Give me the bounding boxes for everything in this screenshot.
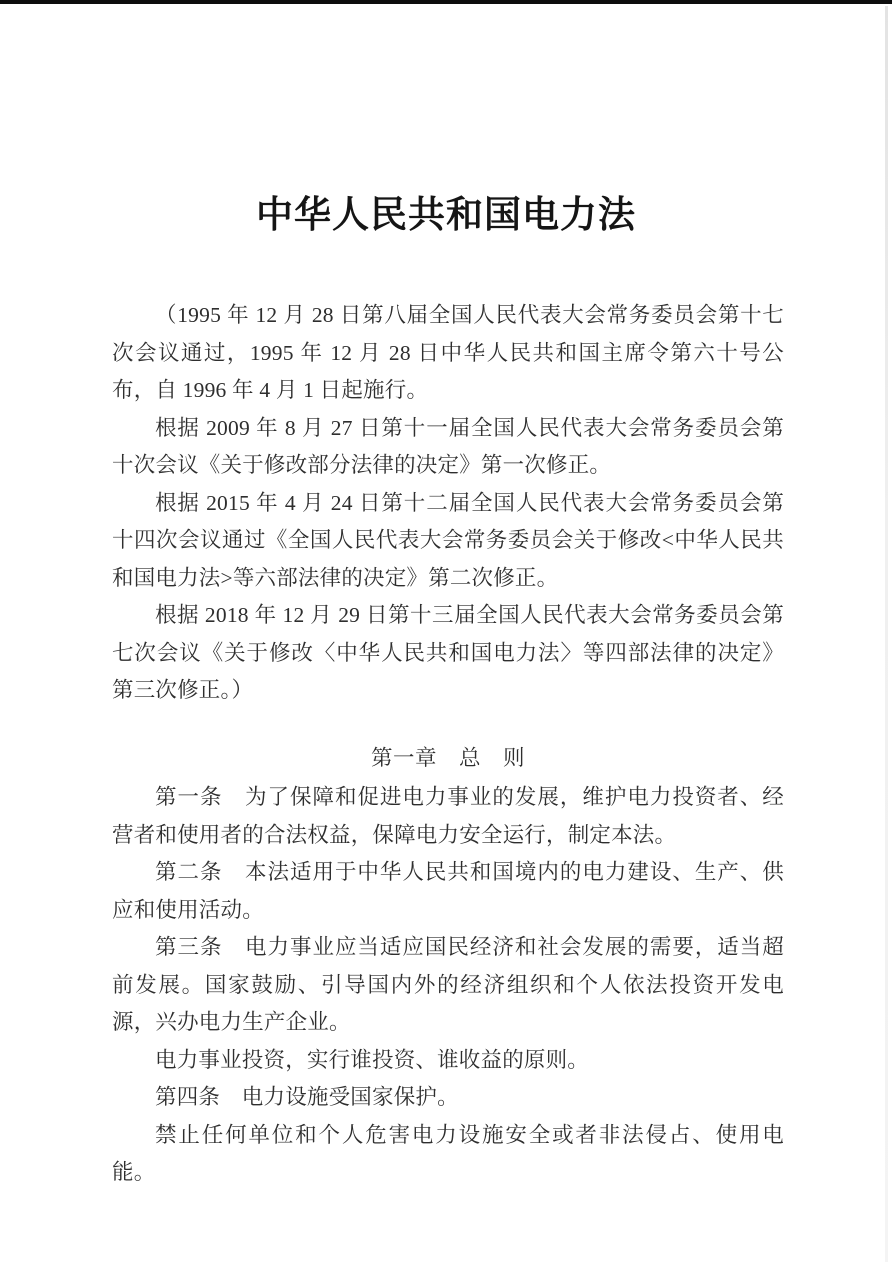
scan-edge-right — [885, 6, 888, 1262]
law-title: 中华人民共和国电力法 — [0, 0, 892, 236]
article-paragraph: 第一条 为了保障和促进电力事业的发展，维护电力投资者、经营者和使用者的合法权益，… — [112, 779, 784, 854]
chapter-heading: 第一章 总 则 — [112, 740, 784, 778]
preamble-paragraph: 根据 2009 年 8 月 27 日第十一届全国人民代表大会常务委员会第十次会议… — [112, 410, 784, 485]
document-body: （1995 年 12 月 28 日第八届全国人民代表大会常务委员会第十七次会议通… — [112, 297, 784, 1192]
article-paragraph: 第三条 电力事业应当适应国民经济和社会发展的需要，适当超前发展。国家鼓励、引导国… — [112, 929, 784, 1042]
article-paragraph: 电力事业投资，实行谁投资、谁收益的原则。 — [112, 1042, 784, 1080]
scan-edge-top — [0, 0, 892, 4]
preamble-paragraph: （1995 年 12 月 28 日第八届全国人民代表大会常务委员会第十七次会议通… — [112, 297, 784, 410]
article-paragraph: 第二条 本法适用于中华人民共和国境内的电力建设、生产、供应和使用活动。 — [112, 854, 784, 929]
preamble-paragraph: 根据 2015 年 4 月 24 日第十二届全国人民代表大会常务委员会第十四次会… — [112, 485, 784, 598]
preamble-paragraph: 根据 2018 年 12 月 29 日第十三届全国人民代表大会常务委员会第七次会… — [112, 597, 784, 710]
article-paragraph: 禁止任何单位和个人危害电力设施安全或者非法侵占、使用电能。 — [112, 1117, 784, 1192]
article-paragraph: 第四条 电力设施受国家保护。 — [112, 1079, 784, 1117]
scanned-law-document: { "doc": { "title": "中华人民共和国电力法", "pream… — [0, 0, 892, 1262]
